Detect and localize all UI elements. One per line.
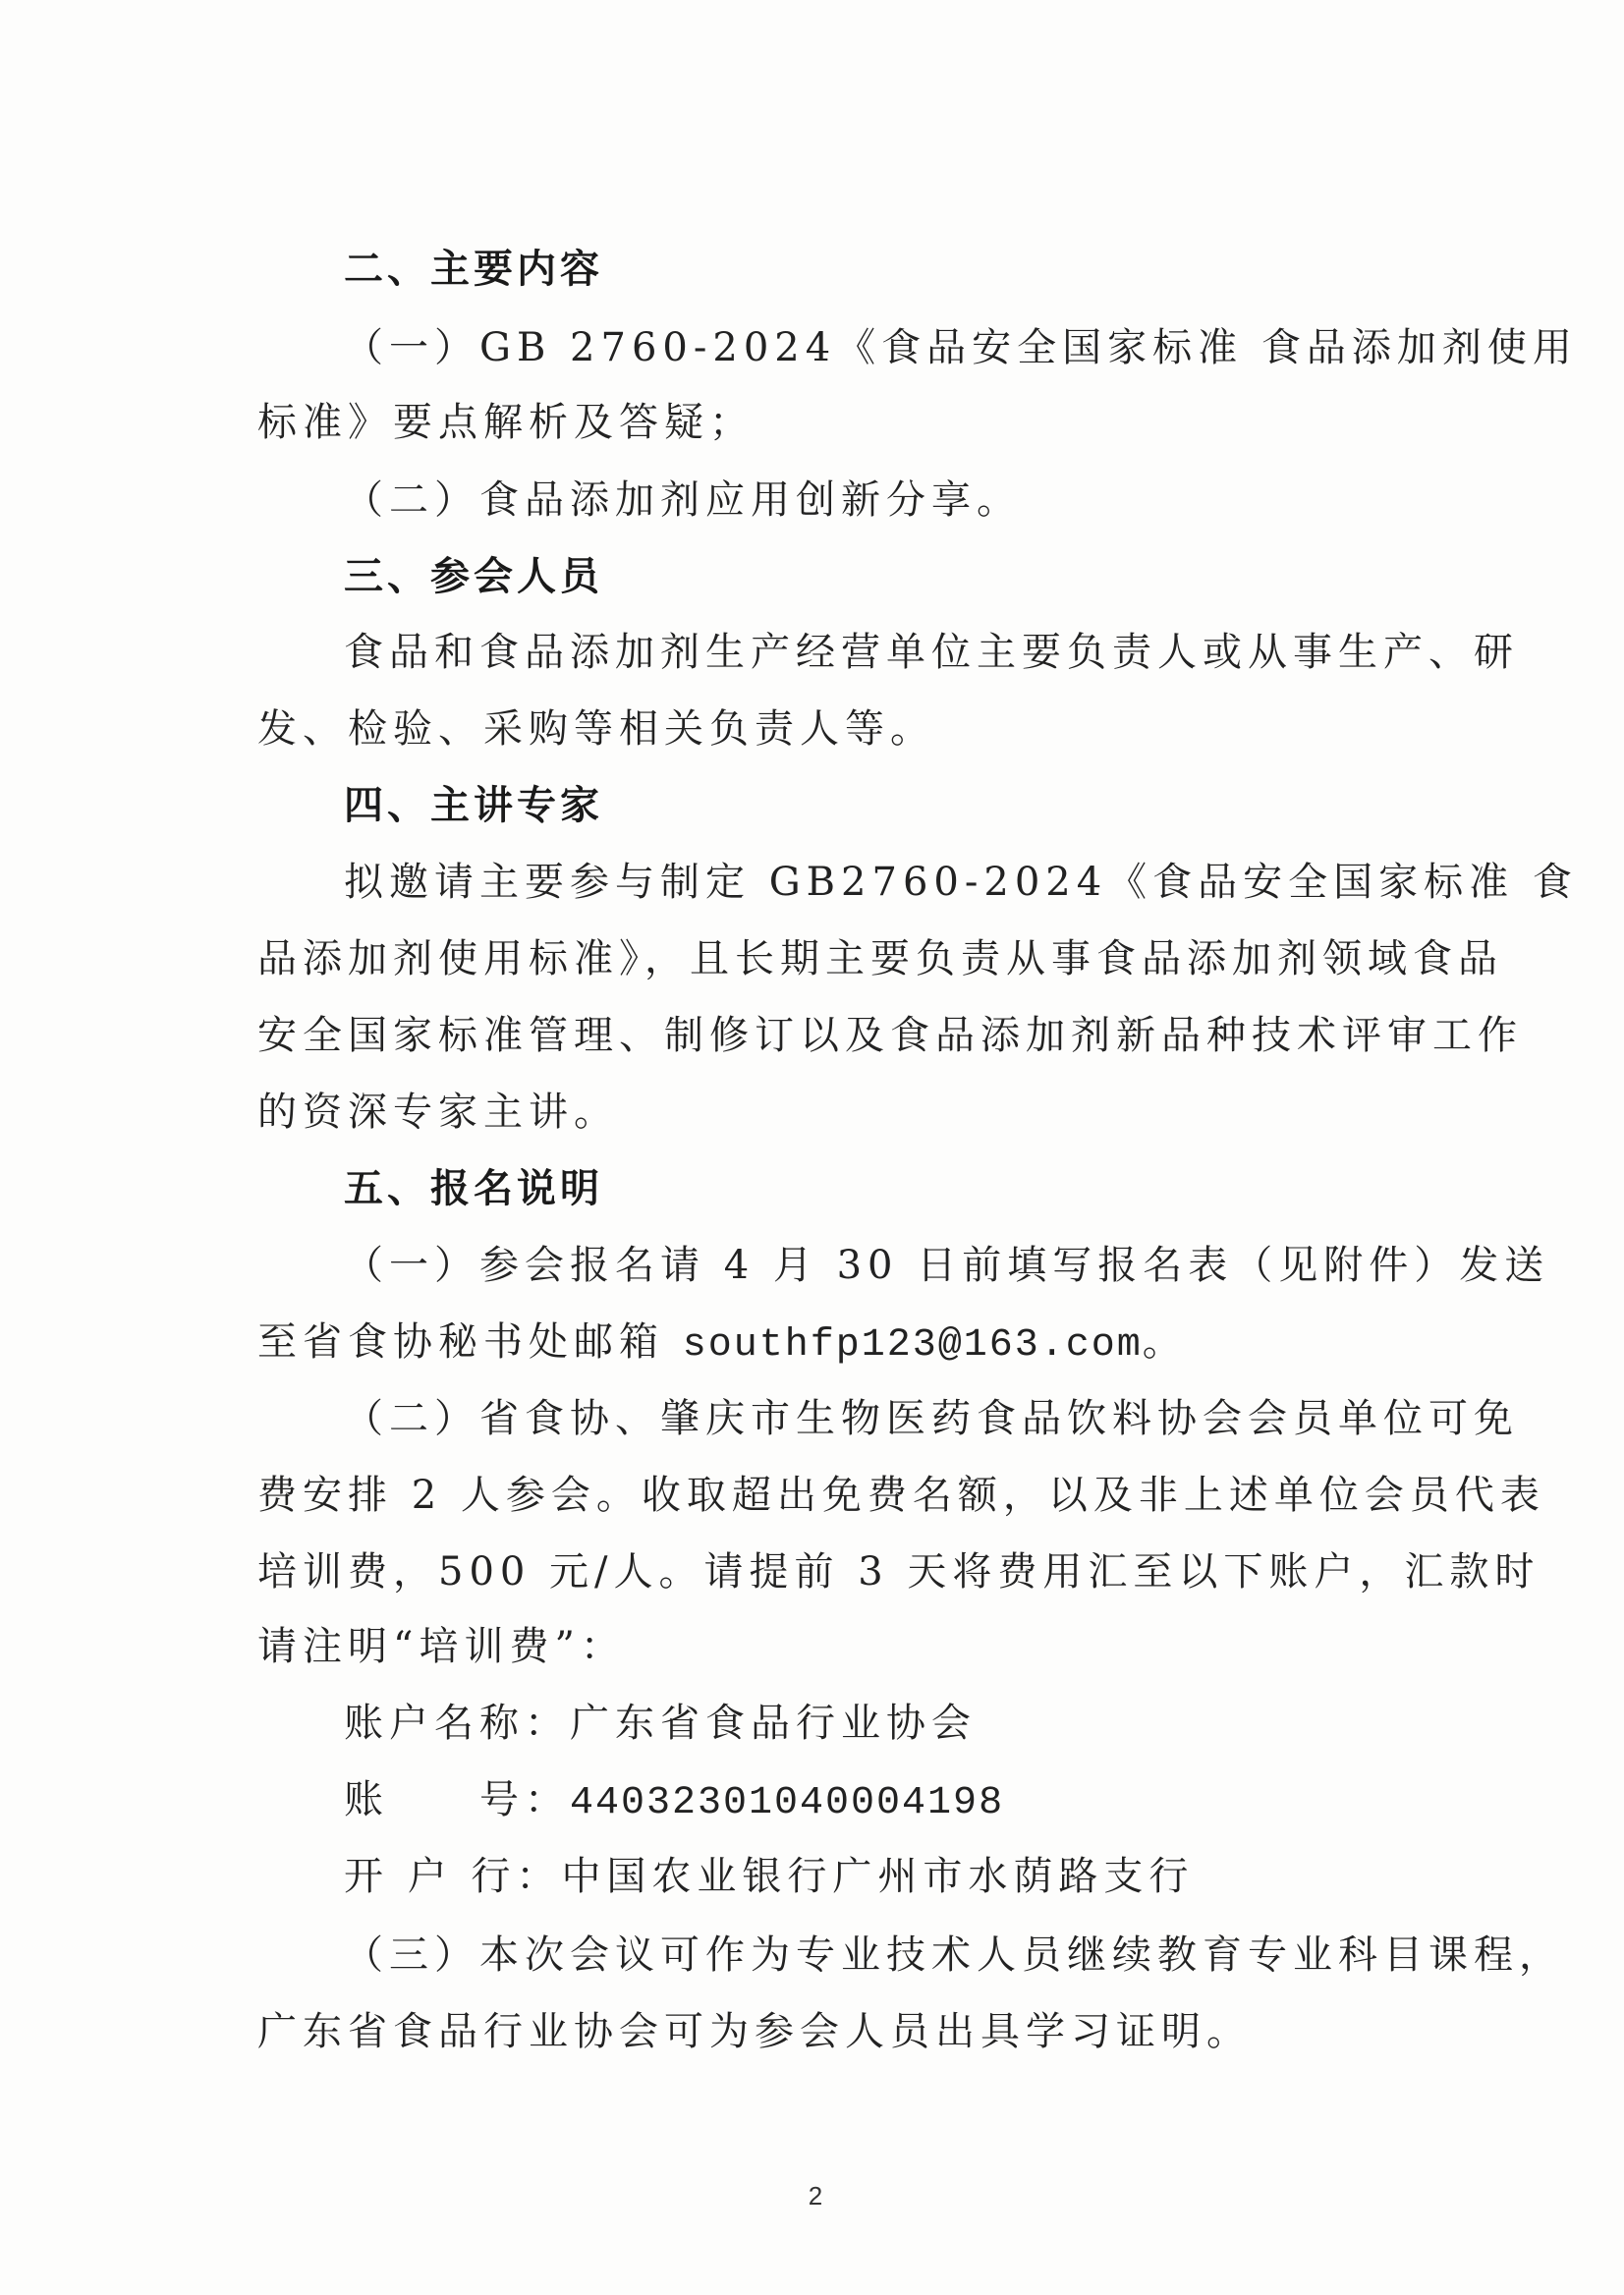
paragraph-line: 安全国家标准管理、制修订以及食品添加剂新品种技术评审工作: [257, 1012, 1466, 1059]
account-number-value: 44032301040004198: [570, 1781, 1004, 1825]
paragraph-line: 食品和食品添加剂生产经营单位主要负责人或从事生产、研: [344, 629, 1552, 676]
page-number: 2: [796, 2181, 835, 2211]
bank-value: 中国农业银行广州市水荫路支行: [561, 1854, 1194, 1899]
paragraph-line: 至省食协秘书处邮箱 southfp123@163.com。: [257, 1318, 1466, 1370]
paragraph-line: （一）GB 2760-2024《食品安全国家标准 食品添加剂使用: [344, 324, 1552, 371]
paragraph-line: （二）食品添加剂应用创新分享。: [344, 476, 1552, 524]
account-name-row: 账户名称：广东省食品行业协会: [344, 1700, 1552, 1747]
email-prefix: 至省食协秘书处邮箱: [257, 1319, 683, 1365]
paragraph-line: （三）本次会议可作为专业技术人员继续教育专业科目课程，: [344, 1931, 1552, 1979]
paragraph-line: 请注明“培训费”：: [257, 1623, 1466, 1670]
section-heading-speakers: 四、主讲专家: [344, 782, 1552, 829]
account-name-label: 账户名称：: [344, 1700, 570, 1747]
paragraph-line: 拟邀请主要参与制定 GB2760-2024《食品安全国家标准 食: [344, 859, 1552, 906]
paragraph-line: （一）参会报名请 4 月 30 日前填写报名表（见附件）发送: [344, 1242, 1552, 1289]
section-heading-main-content: 二、主要内容: [344, 246, 1552, 293]
paragraph-line: 发、检验、采购等相关负责人等。: [257, 705, 1466, 753]
document-page: 二、主要内容 （一）GB 2760-2024《食品安全国家标准 食品添加剂使用 …: [0, 0, 1624, 2295]
section-heading-attendees: 三、参会人员: [344, 553, 1552, 600]
paragraph-line: 标准》要点解析及答疑；: [257, 399, 1466, 446]
account-number-label: 账 号：: [344, 1776, 570, 1823]
paragraph-line: （二）省食协、肇庆市生物医药食品饮料协会会员单位可免: [344, 1395, 1552, 1442]
account-name-value: 广东省食品行业协会: [570, 1701, 977, 1746]
email-address[interactable]: southfp123@163.com: [683, 1323, 1143, 1368]
paragraph-line: 品添加剂使用标准》，且长期主要负责从事食品添加剂领域食品: [257, 935, 1466, 982]
email-suffix: 。: [1143, 1319, 1188, 1365]
section-heading-registration: 五、报名说明: [344, 1165, 1552, 1212]
paragraph-line: 广东省食品行业协会可为参会人员出具学习证明。: [257, 2008, 1466, 2055]
account-number-row: 账 号：44032301040004198: [344, 1776, 1552, 1827]
bank-row: 开 户 行：中国农业银行广州市水荫路支行: [344, 1853, 1552, 1900]
paragraph-line: 费安排 2 人参会。收取超出免费名额，以及非上述单位会员代表: [257, 1472, 1466, 1519]
paragraph-line: 培训费，500 元/人。请提前 3 天将费用汇至以下账户，汇款时: [257, 1548, 1466, 1595]
paragraph-line: 的资深专家主讲。: [257, 1089, 1466, 1136]
bank-label: 开 户 行：: [344, 1853, 561, 1900]
